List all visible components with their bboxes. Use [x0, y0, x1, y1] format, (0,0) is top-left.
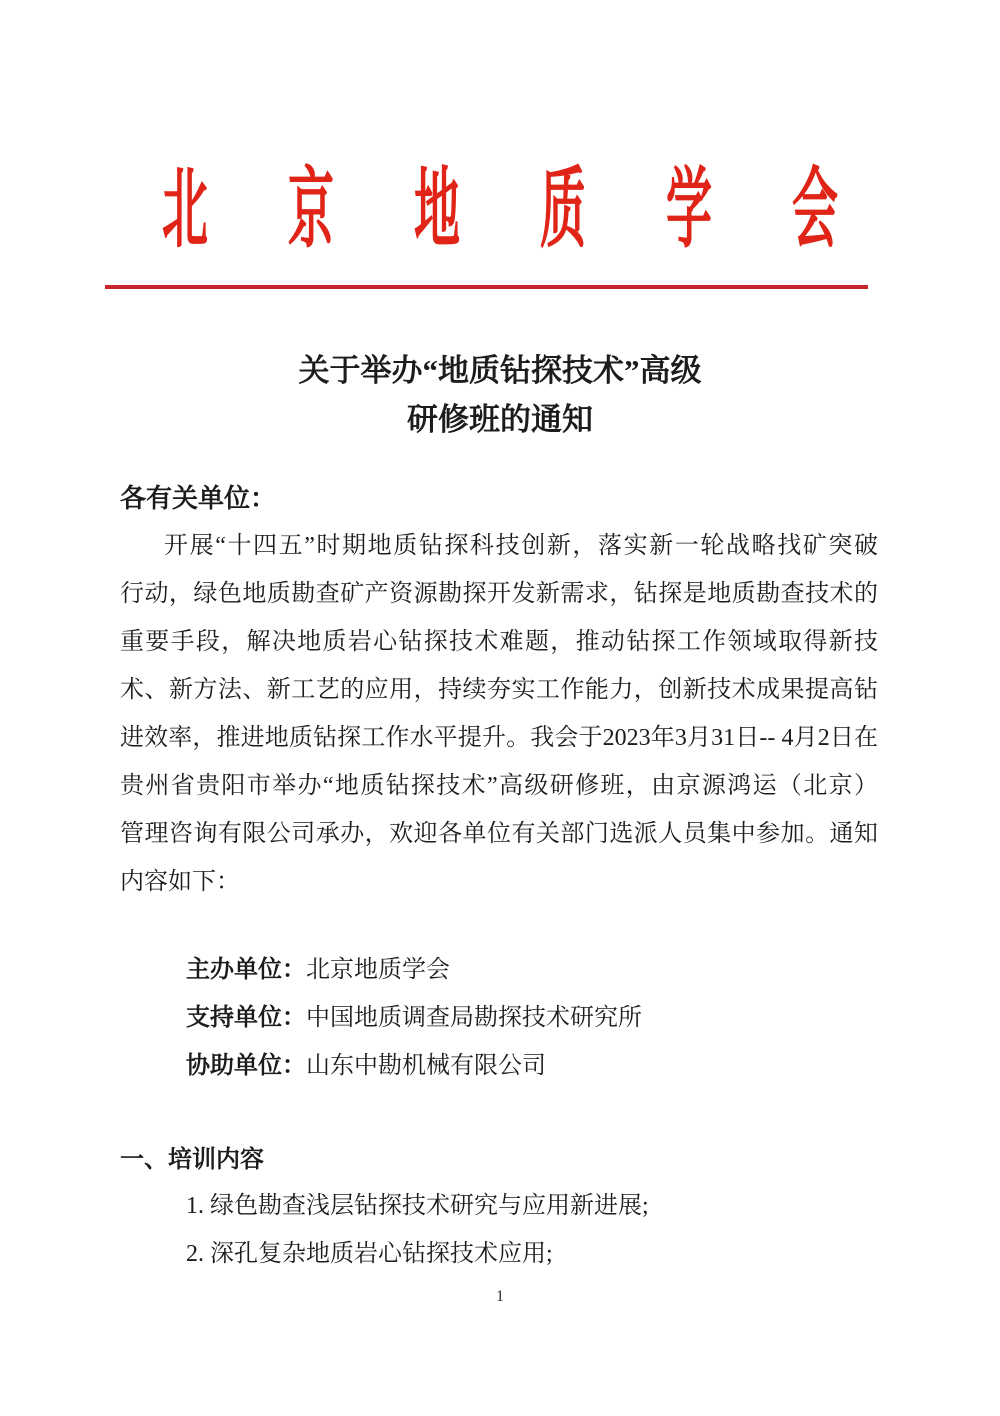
body-line: 开展“十四五”时期地质钻探科技创新，落实新一轮战略找矿突破: [120, 522, 878, 570]
red-divider-rule: [105, 285, 868, 289]
body-line: 管理咨询有限公司承办，欢迎各单位有关部门选派人员集中参加。通知: [120, 810, 878, 858]
list-item: 2. 深孔复杂地质岩心钻探技术应用;: [186, 1230, 649, 1278]
organizer-row: 支持单位：中国地质调查局勘探技术研究所: [186, 994, 642, 1042]
body-line: 内容如下：: [120, 858, 878, 906]
body-line: 重要手段，解决地质岩心钻探技术难题，推动钻探工作领域取得新技: [120, 618, 878, 666]
org-name-text: 北京地质学会: [162, 140, 918, 265]
document-title-line1: 关于举办“地质钻探技术”高级: [0, 346, 1000, 395]
body-line: 术、新方法、新工艺的应用，持续夯实工作能力，创新技术成果提高钻: [120, 666, 878, 714]
body-line: 行动，绿色地质勘查矿产资源勘探开发新需求，钻探是地质勘查技术的: [120, 570, 878, 618]
page-number: 1: [0, 1288, 1000, 1306]
body-paragraph: 开展“十四五”时期地质钻探科技创新，落实新一轮战略找矿突破 行动，绿色地质勘查矿…: [120, 522, 878, 906]
body-line: 进效率，推进地质钻探工作水平提升。我会于2023年3月31日-- 4月2日在: [120, 714, 878, 762]
organizer-label: 协助单位：: [186, 1053, 306, 1079]
document-title-line2: 研修班的通知: [0, 395, 1000, 444]
organizer-value: 北京地质学会: [306, 957, 450, 983]
organizer-row: 主办单位：北京地质学会: [186, 946, 642, 994]
document-page: 北京地质学会 关于举办“地质钻探技术”高级 研修班的通知 各有关单位： 开展“十…: [0, 0, 1000, 1416]
organizer-row: 协助单位：山东中勘机械有限公司: [186, 1042, 642, 1090]
document-title: 关于举办“地质钻探技术”高级 研修班的通知: [0, 346, 1000, 444]
organizer-label: 主办单位：: [186, 957, 306, 983]
training-list: 1. 绿色勘查浅层钻探技术研究与应用新进展; 2. 深孔复杂地质岩心钻探技术应用…: [186, 1182, 649, 1278]
organizer-value: 中国地质调查局勘探技术研究所: [306, 1005, 642, 1031]
org-header: 北京地质学会: [0, 140, 1000, 206]
section-heading-training-content: 一、培训内容: [120, 1136, 264, 1184]
organizers-block: 主办单位：北京地质学会 支持单位：中国地质调查局勘探技术研究所 协助单位：山东中…: [186, 946, 642, 1090]
body-line: 贵州省贵阳市举办“地质钻探技术”高级研修班，由京源鸿运（北京）: [120, 762, 878, 810]
organizer-label: 支持单位：: [186, 1005, 306, 1031]
organizer-value: 山东中勘机械有限公司: [306, 1053, 546, 1079]
salutation: 各有关单位：: [120, 478, 276, 515]
list-item: 1. 绿色勘查浅层钻探技术研究与应用新进展;: [186, 1182, 649, 1230]
